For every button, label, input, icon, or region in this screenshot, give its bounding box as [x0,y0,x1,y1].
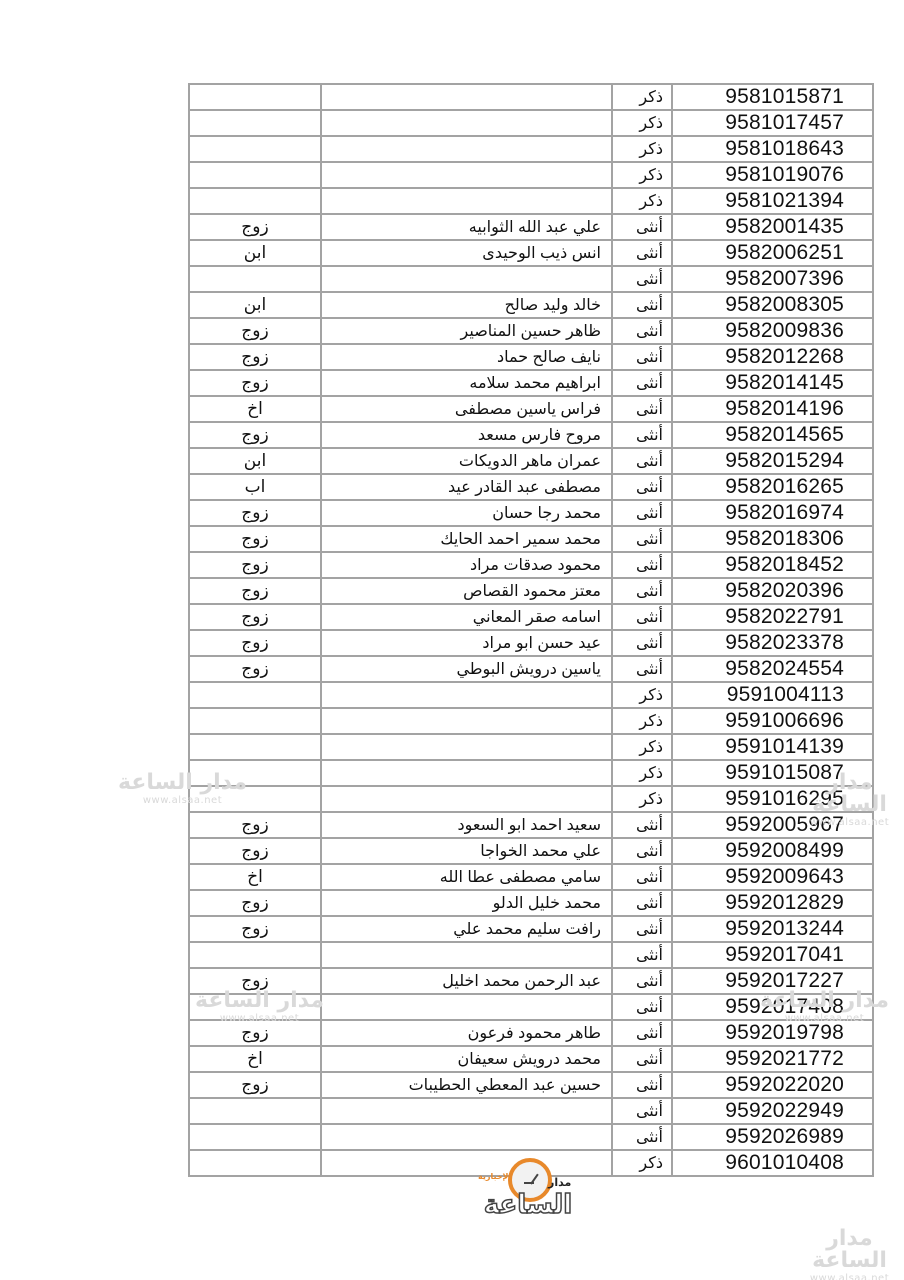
id-number-cell: 9581021394 [672,188,873,214]
relation-cell [189,136,321,162]
gender-cell: أنثى [612,292,672,318]
gender-cell: أنثى [612,1046,672,1072]
table-row: ذكر9591014139 [189,734,873,760]
relation-cell: زوج [189,422,321,448]
id-number-cell: 9592012829 [672,890,873,916]
relation-cell [189,84,321,110]
id-number-cell: 9581017457 [672,110,873,136]
name-cell [321,266,612,292]
relation-cell: زوج [189,500,321,526]
gender-cell: أنثى [612,812,672,838]
table-row: زوجعيد حسن ابو مرادأنثى9582023378 [189,630,873,656]
relation-cell: زوج [189,1072,321,1098]
relation-cell: زوج [189,214,321,240]
id-number-cell: 9582015294 [672,448,873,474]
watermark-text: مدار الساعة [760,990,889,1012]
relation-cell: اخ [189,864,321,890]
table-row: زوجمحمد خليل الدلوأنثى9592012829 [189,890,873,916]
gender-cell: أنثى [612,214,672,240]
name-cell: عيد حسن ابو مراد [321,630,612,656]
relation-cell [189,682,321,708]
gender-cell: ذكر [612,136,672,162]
table-row: ذكر9591004113 [189,682,873,708]
gender-cell: ذكر [612,682,672,708]
id-number-cell: 9592017041 [672,942,873,968]
id-number-cell: 9582007396 [672,266,873,292]
table-row: ذكر9581015871 [189,84,873,110]
name-cell: علي محمد الخواجا [321,838,612,864]
table-row: زوجعلي عبد الله الثوابيهأنثى9582001435 [189,214,873,240]
gender-cell: أنثى [612,474,672,500]
id-number-cell: 9582018452 [672,552,873,578]
table-row: زوجحسين عبد المعطي الحطيباتأنثى959202202… [189,1072,873,1098]
watermark-url: www.alsaa.net [760,1014,889,1024]
name-cell [321,1098,612,1124]
table-row: اخفراس ياسين مصطفىأنثى9582014196 [189,396,873,422]
relation-cell: زوج [189,578,321,604]
name-cell: محمد خليل الدلو [321,890,612,916]
gender-cell: أنثى [612,578,672,604]
table-row: زوجرافت سليم محمد عليأنثى9592013244 [189,916,873,942]
table-row: أنثى9592017041 [189,942,873,968]
gender-cell: ذكر [612,188,672,214]
site-logo: الإخبارية مدار الساعة [478,1158,588,1220]
relation-cell [189,734,321,760]
name-cell: خالد وليد صالح [321,292,612,318]
id-number-cell: 9591006696 [672,708,873,734]
gender-cell: ذكر [612,760,672,786]
id-number-cell: 9582016974 [672,500,873,526]
logo-big-text: الساعة [478,1192,578,1218]
relation-cell [189,1150,321,1176]
watermark-left-mid: مدار الساعة www.alsaa.net [118,772,247,806]
relation-cell: زوج [189,344,321,370]
name-cell: علي عبد الله الثوابيه [321,214,612,240]
id-number-cell: 9592013244 [672,916,873,942]
relation-cell: اخ [189,1046,321,1072]
name-cell [321,682,612,708]
gender-cell: أنثى [612,1020,672,1046]
gender-cell: ذكر [612,162,672,188]
name-cell: ياسين درويش البوطي [321,656,612,682]
name-cell: عبد الرحمن محمد اخليل [321,968,612,994]
relation-cell: زوج [189,890,321,916]
table-row: زوجمحمد سمير احمد الحايكأنثى9582018306 [189,526,873,552]
name-cell [321,162,612,188]
name-cell [321,136,612,162]
table-row: زوجمعتز محمود القصاصأنثى9582020396 [189,578,873,604]
name-cell: نايف صالح حماد [321,344,612,370]
gender-cell: أنثى [612,838,672,864]
name-cell [321,110,612,136]
gender-cell: أنثى [612,1124,672,1150]
table-row: زوجاسامه صقر المعانيأنثى9582022791 [189,604,873,630]
name-cell: انس ذيب الوحيدى [321,240,612,266]
table-row: زوجمحمد رجا حسانأنثى9582016974 [189,500,873,526]
relation-cell: زوج [189,916,321,942]
name-cell [321,188,612,214]
relation-cell [189,110,321,136]
relation-cell [189,942,321,968]
gender-cell: أنثى [612,656,672,682]
watermark-right-bottom: مدار الساعة www.alsaa.net [795,1228,904,1280]
table-row: زوجمحمود صدقات مرادأنثى9582018452 [189,552,873,578]
name-cell: محمد درويش سعيفان [321,1046,612,1072]
id-number-cell: 9582020396 [672,578,873,604]
gender-cell: أنثى [612,344,672,370]
relation-cell: زوج [189,838,321,864]
name-cell: محمد رجا حسان [321,500,612,526]
id-number-cell: 9601010408 [672,1150,873,1176]
relation-cell: زوج [189,370,321,396]
id-number-cell: 9582023378 [672,630,873,656]
id-number-cell: 9591014139 [672,734,873,760]
relation-cell [189,1098,321,1124]
relation-cell: ابن [189,448,321,474]
relation-cell [189,162,321,188]
name-cell [321,708,612,734]
table-row: اخسامي مصطفى عطا اللهأنثى9592009643 [189,864,873,890]
name-cell: رافت سليم محمد علي [321,916,612,942]
gender-cell: أنثى [612,890,672,916]
name-cell [321,786,612,812]
table-row: أنثى9592026989 [189,1124,873,1150]
name-cell: طاهر محمود فرعون [321,1020,612,1046]
id-number-cell: 9592022020 [672,1072,873,1098]
table-row: أنثى9592022949 [189,1098,873,1124]
name-cell [321,760,612,786]
gender-cell: ذكر [612,708,672,734]
gender-cell: ذكر [612,1150,672,1176]
document-page: ذكر9581015871ذكر9581017457ذكر9581018643ذ… [0,0,904,1280]
name-cell: ظاهر حسين المناصير [321,318,612,344]
id-number-cell: 9591004113 [672,682,873,708]
watermark-left-low: مدار الساعة www.alsaa.net [195,990,324,1024]
table-row: ابنانس ذيب الوحيدىأنثى9582006251 [189,240,873,266]
watermark-right-low: مدار الساعة www.alsaa.net [760,990,889,1024]
gender-cell: أنثى [612,448,672,474]
relation-cell: زوج [189,812,321,838]
table-row: زوجمروح فارس مسعدأنثى9582014565 [189,422,873,448]
name-cell: اسامه صقر المعاني [321,604,612,630]
gender-cell: ذكر [612,110,672,136]
name-cell [321,942,612,968]
relation-cell [189,188,321,214]
table-row: اخمحمد درويش سعيفانأنثى9592021772 [189,1046,873,1072]
name-cell [321,994,612,1020]
name-cell: مروح فارس مسعد [321,422,612,448]
table-row: زوجياسين درويش البوطيأنثى9582024554 [189,656,873,682]
gender-cell: أنثى [612,552,672,578]
id-number-cell: 9582016265 [672,474,873,500]
name-cell: عمران ماهر الدويكات [321,448,612,474]
relation-cell: اب [189,474,321,500]
gender-cell: أنثى [612,318,672,344]
id-number-cell: 9582024554 [672,656,873,682]
id-number-cell: 9592026989 [672,1124,873,1150]
gender-cell: ذكر [612,734,672,760]
watermark-url: www.alsaa.net [195,1014,324,1024]
id-number-cell: 9581015871 [672,84,873,110]
watermark-text: مدار الساعة [195,990,324,1012]
watermark-text: مدار الساعة [118,772,247,794]
id-number-cell: 9582022791 [672,604,873,630]
gender-cell: أنثى [612,500,672,526]
id-number-cell: 9581018643 [672,136,873,162]
relation-cell: زوج [189,526,321,552]
table-row: زوجابراهيم محمد سلامهأنثى9582014145 [189,370,873,396]
gender-cell: أنثى [612,370,672,396]
table-row: زوجسعيد احمد ابو السعودأنثى9592005967 [189,812,873,838]
gender-cell: أنثى [612,396,672,422]
id-number-cell: 9582008305 [672,292,873,318]
relation-cell [189,266,321,292]
id-number-cell: 9582014196 [672,396,873,422]
name-cell [321,84,612,110]
name-cell: فراس ياسين مصطفى [321,396,612,422]
relation-cell: اخ [189,396,321,422]
name-cell: سامي مصطفى عطا الله [321,864,612,890]
table-row: ذكر9581018643 [189,136,873,162]
watermark-url: www.alsaa.net [795,818,904,828]
name-cell [321,734,612,760]
table-row: ابمصطفى عبد القادر عيدأنثى9582016265 [189,474,873,500]
name-cell [321,1124,612,1150]
id-number-cell: 9592021772 [672,1046,873,1072]
watermark-url: www.alsaa.net [118,796,247,806]
table-row: ذكر9581017457 [189,110,873,136]
table-row: ذكر9591006696 [189,708,873,734]
name-cell: محمد سمير احمد الحايك [321,526,612,552]
gender-cell: أنثى [612,526,672,552]
watermark-text: مدار الساعة [795,772,904,816]
table-row: زوجعلي محمد الخواجاأنثى9592008499 [189,838,873,864]
table-row: ذكر9591015087 [189,760,873,786]
table-row: ابنخالد وليد صالحأنثى9582008305 [189,292,873,318]
table-row: ابنعمران ماهر الدويكاتأنثى9582015294 [189,448,873,474]
table-row: ذكر9591016295 [189,786,873,812]
gender-cell: ذكر [612,84,672,110]
relation-cell: ابن [189,292,321,318]
id-number-cell: 9582014145 [672,370,873,396]
relation-cell: زوج [189,604,321,630]
table-row: زوجظاهر حسين المناصيرأنثى9582009836 [189,318,873,344]
id-number-cell: 9592008499 [672,838,873,864]
gender-cell: أنثى [612,422,672,448]
table-row: أنثى9582007396 [189,266,873,292]
watermark-text: مدار الساعة [795,1228,904,1272]
gender-cell: أنثى [612,994,672,1020]
table-row: ذكر9581021394 [189,188,873,214]
name-cell: مصطفى عبد القادر عيد [321,474,612,500]
id-number-cell: 9582014565 [672,422,873,448]
relation-cell: زوج [189,552,321,578]
name-cell: سعيد احمد ابو السعود [321,812,612,838]
name-cell: ابراهيم محمد سلامه [321,370,612,396]
gender-cell: ذكر [612,786,672,812]
gender-cell: أنثى [612,630,672,656]
relation-cell: زوج [189,656,321,682]
logo-small-text: مدار [548,1176,571,1189]
id-number-cell: 9582009836 [672,318,873,344]
id-number-cell: 9582001435 [672,214,873,240]
gender-cell: أنثى [612,968,672,994]
name-cell: معتز محمود القصاص [321,578,612,604]
relation-cell: زوج [189,318,321,344]
gender-cell: أنثى [612,1098,672,1124]
table-row: ذكر9581019076 [189,162,873,188]
relation-cell [189,708,321,734]
relation-cell [189,1124,321,1150]
relation-cell: ابن [189,240,321,266]
relation-cell: زوج [189,630,321,656]
id-number-cell: 9582012268 [672,344,873,370]
watermark-right-mid: مدار الساعة www.alsaa.net [795,772,904,828]
id-number-cell: 9581019076 [672,162,873,188]
table-row: زوجنايف صالح حمادأنثى9582012268 [189,344,873,370]
name-cell: حسين عبد المعطي الحطيبات [321,1072,612,1098]
id-number-cell: 9582006251 [672,240,873,266]
id-number-cell: 9582018306 [672,526,873,552]
gender-cell: أنثى [612,266,672,292]
gender-cell: أنثى [612,916,672,942]
watermark-url: www.alsaa.net [795,1274,904,1280]
gender-cell: أنثى [612,604,672,630]
id-number-cell: 9592022949 [672,1098,873,1124]
logo-tagline: الإخبارية [478,1172,511,1181]
gender-cell: أنثى [612,864,672,890]
gender-cell: أنثى [612,240,672,266]
id-number-cell: 9592009643 [672,864,873,890]
gender-cell: أنثى [612,1072,672,1098]
name-cell: محمود صدقات مراد [321,552,612,578]
gender-cell: أنثى [612,942,672,968]
